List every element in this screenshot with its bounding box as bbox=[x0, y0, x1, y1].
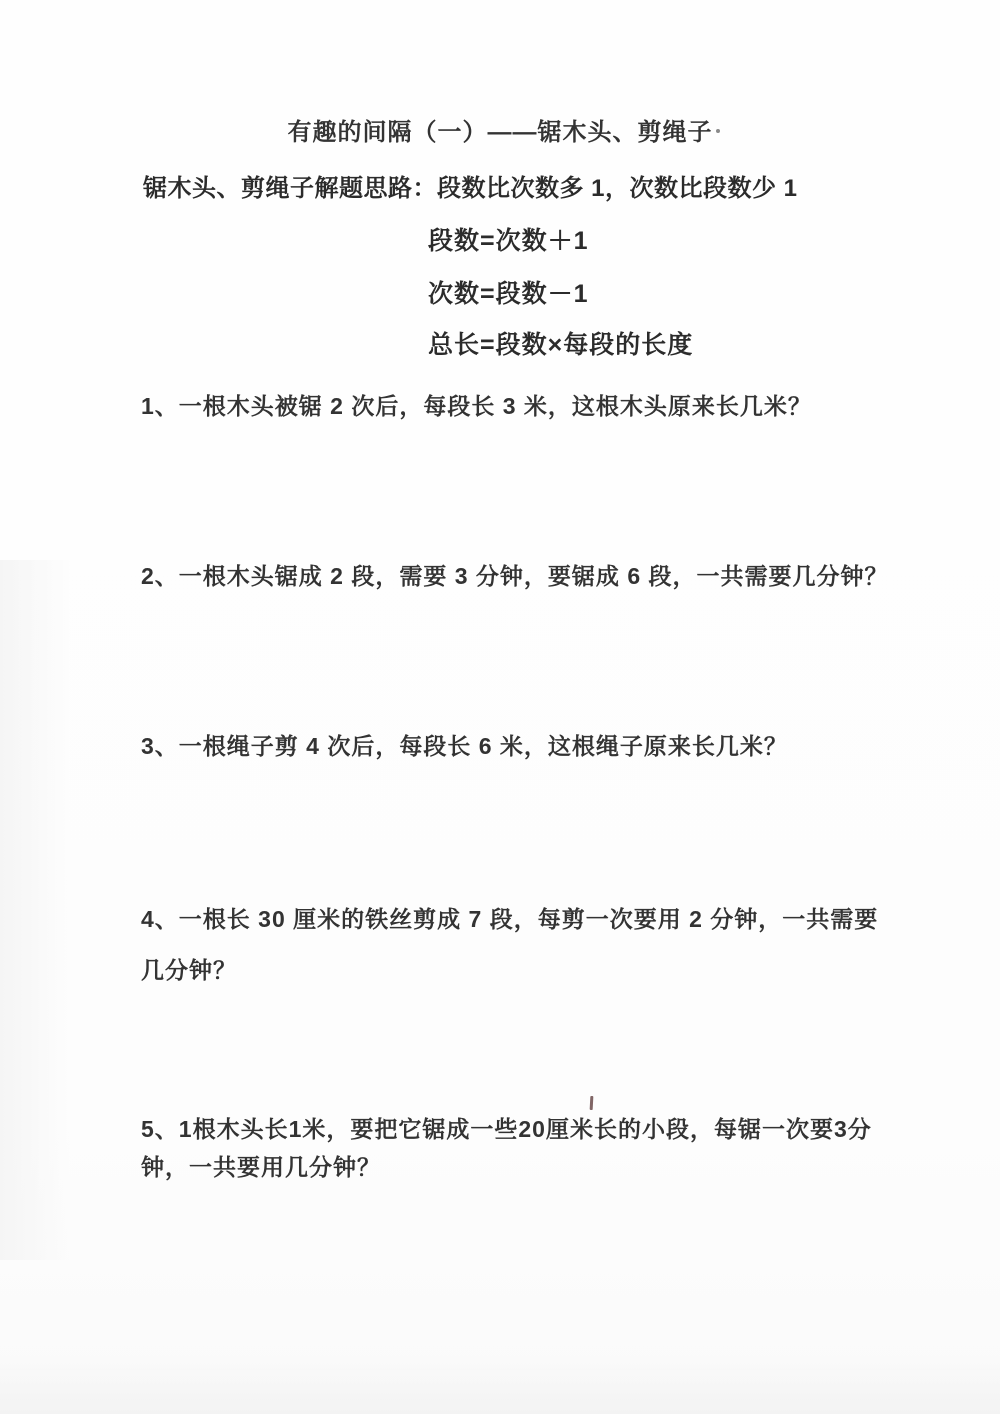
question-1-text: 1、一根木头被锯 2 次后，每段长 3 米，这根木头原来长几米？ bbox=[141, 388, 881, 421]
question-2: 2、一根木头锯成 2 段，需要 3 分钟，要锯成 6 段，一共需要几分钟？ bbox=[141, 558, 881, 591]
question-4: 4、一根长 30 厘米的铁丝剪成 7 段，每剪一次要用 2 分钟，一共需要 几分… bbox=[141, 894, 881, 996]
solution-approach-line: 锯木头、剪绳子解题思路：段数比次数多 1，次数比段数少 1 bbox=[143, 168, 798, 203]
question-3: 3、一根绳子剪 4 次后，每段长 6 米，这根绳子原来长几米？ bbox=[141, 728, 881, 761]
formula-total-length: 总长=段数×每段的长度 bbox=[428, 325, 693, 361]
question-5-text-line-1: 5、1根木头长1米，要把它锯成一些20厘米长的小段，每锯一次要3分 bbox=[141, 1110, 881, 1148]
formula-segments-equals-cuts-plus-one: 段数=次数＋1 bbox=[428, 221, 589, 257]
question-4-text-line-2: 几分钟？ bbox=[141, 945, 881, 996]
formula-cuts-equals-segments-minus-one: 次数=段数－1 bbox=[428, 274, 589, 310]
scan-artifact-tick bbox=[590, 1096, 594, 1110]
worksheet-title: 有趣的间隔（一）——锯木头、剪绳子 bbox=[0, 112, 1000, 147]
question-3-text: 3、一根绳子剪 4 次后，每段长 6 米，这根绳子原来长几米？ bbox=[141, 728, 881, 761]
question-5-text-line-2: 钟，一共要用几分钟？ bbox=[141, 1148, 881, 1186]
scan-artifact-dot bbox=[716, 129, 720, 133]
question-2-text: 2、一根木头锯成 2 段，需要 3 分钟，要锯成 6 段，一共需要几分钟？ bbox=[141, 558, 881, 591]
question-5: 5、1根木头长1米，要把它锯成一些20厘米长的小段，每锯一次要3分 钟，一共要用… bbox=[141, 1110, 881, 1186]
question-4-text-line-1: 4、一根长 30 厘米的铁丝剪成 7 段，每剪一次要用 2 分钟，一共需要 bbox=[141, 894, 881, 945]
worksheet-page: 有趣的间隔（一）——锯木头、剪绳子 锯木头、剪绳子解题思路：段数比次数多 1，次… bbox=[0, 0, 1000, 1414]
question-1: 1、一根木头被锯 2 次后，每段长 3 米，这根木头原来长几米？ bbox=[141, 388, 881, 421]
